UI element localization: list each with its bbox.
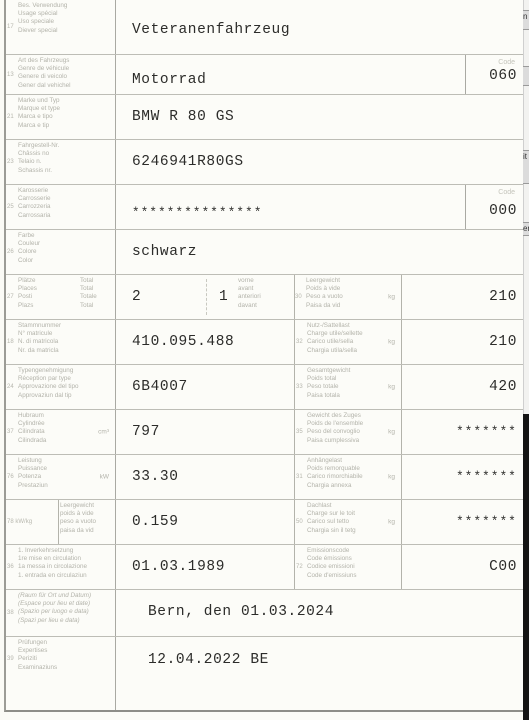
- special-usage-value: Veteranenfahrzeug: [132, 22, 290, 38]
- label-de: Plätze: [18, 277, 78, 285]
- label-fr: Poids total: [307, 375, 399, 383]
- label-registration-number: 18 Stammnummer N° matricule N. di matric…: [6, 320, 116, 364]
- label-lines: 1. Inverkehrsetzung 1re mise en circulat…: [18, 547, 113, 580]
- field-number: 26: [7, 249, 14, 255]
- label-train-weight: 35 Gewicht des Zuges Poids de l'ensemble…: [294, 410, 402, 454]
- label-de: (Raum für Ort und Datum): [18, 592, 113, 600]
- row-power-ratio-roof-load: 78 kW/kg Leergewicht poids à vide peso a…: [6, 500, 523, 545]
- label-it: Carico utile/sella: [307, 338, 399, 346]
- row-place-date: 38 (Raum für Ort und Datum) (Espace pour…: [6, 590, 523, 637]
- field-number: 72: [296, 564, 303, 570]
- vehicle-registration-document: 17 Bes. Verwendung Usage spécial Uso spe…: [4, 0, 523, 712]
- make-model-value: BMW R 80 GS: [132, 109, 234, 125]
- field-number: 76: [7, 474, 14, 480]
- label-lines: Plätze Places Posti Plazs: [18, 277, 78, 310]
- label-it: Totale: [80, 293, 97, 301]
- field-number: 36: [7, 564, 14, 570]
- field-number: 24: [7, 384, 14, 390]
- background-fragment: it: [523, 150, 529, 184]
- label-rm: 1. entrada en circulaziun: [18, 572, 113, 580]
- row-chassis-number: 23 Fahrgestell-Nr. Châssis no Telaio n. …: [6, 140, 523, 185]
- label-rm: davant: [238, 302, 261, 310]
- color-value: schwarz: [132, 244, 197, 260]
- label-de: Leergewicht: [60, 502, 113, 510]
- label-total-weight: 33 Gesamtgewicht Poids total Peso totale…: [294, 365, 402, 409]
- body-value: ***************: [132, 206, 263, 220]
- front-labels: vorne avant anteriori davant: [238, 277, 261, 310]
- row-body: 25 Karosserie Carrosserie Carrozzeria Ca…: [6, 185, 523, 230]
- label-fr: Charge utile/sellette: [307, 330, 399, 338]
- field-number: 78 kW/kg: [7, 519, 32, 525]
- total-weight-value: 420: [489, 379, 517, 395]
- label-rm: Total: [80, 302, 97, 310]
- fragment-text: it: [523, 152, 527, 161]
- code-label: Code: [498, 59, 515, 66]
- label-rm: Paisa totala: [307, 392, 399, 400]
- row-color: 26 Farbe Couleur Colore Color schwarz: [6, 230, 523, 275]
- label-rm: Paisa cumplessiva: [307, 437, 399, 445]
- label-lines: Farbe Couleur Colore Color: [18, 232, 113, 265]
- trailer-load-value: *******: [456, 470, 517, 484]
- label-lines: Art des Fahrzeugs Genre de véhicule Gene…: [18, 57, 113, 90]
- label-rm: paisa da vid: [60, 527, 113, 535]
- divider: [58, 500, 59, 544]
- label-lines: Gewicht des Zuges Poids de l'ensemble Pe…: [307, 412, 399, 445]
- label-lines: Stammnummer N° matricule N. di matricola…: [18, 322, 113, 355]
- label-it: Periziti: [18, 655, 113, 663]
- label-de: Prüfungen: [18, 639, 113, 647]
- label-de: Anhängelast: [307, 457, 399, 465]
- unit-label: kg: [388, 339, 395, 346]
- label-it: Marca e tipo: [18, 113, 113, 121]
- label-lines: Dachlast Charge sur le toit Carico sul t…: [307, 502, 399, 535]
- chassis-number-value: 6246941R80GS: [132, 154, 244, 170]
- label-fr: Réception par type: [18, 375, 113, 383]
- background-dark-region: [523, 414, 529, 720]
- label-de: Karosserie: [18, 187, 113, 195]
- inspections-value: 12.04.2022 BE: [148, 652, 269, 668]
- label-rm: Carrossaria: [18, 212, 113, 220]
- label-rm: Chargia utila/sella: [307, 347, 399, 355]
- label-de: Emissionscode: [307, 547, 399, 555]
- label-it: peso a vuoto: [60, 518, 113, 526]
- vehicle-type-code: 060: [489, 68, 517, 84]
- label-lines: Emissionscode Code émissions Codice emis…: [307, 547, 399, 580]
- label-it: anteriori: [238, 293, 261, 301]
- label-vehicle-type: 13 Art des Fahrzeugs Genre de véhicule G…: [6, 55, 116, 94]
- label-de: Leergewicht: [306, 277, 399, 285]
- body-code-box: Code 000: [465, 185, 523, 229]
- label-lines: Nutz-/Sattellast Charge utile/sellette C…: [307, 322, 399, 355]
- label-de: Gesamtgewicht: [307, 367, 399, 375]
- vehicle-type-code-box: Code 060: [465, 55, 523, 94]
- label-roof-load: 50 Dachlast Charge sur le toit Carico su…: [294, 500, 402, 544]
- label-de: Total: [80, 277, 97, 285]
- code-label: Code: [498, 189, 515, 196]
- field-number: 30: [295, 294, 302, 300]
- label-rm: Examinaziuns: [18, 664, 113, 672]
- label-fr: Places: [18, 285, 78, 293]
- label-de: Farbe: [18, 232, 113, 240]
- empty-weight-value: 210: [489, 289, 517, 305]
- field-number: 21: [7, 114, 14, 120]
- label-lines: Marke und Typ Marque et type Marca e tip…: [18, 97, 113, 130]
- label-inspections: 39 Prüfungen Expertises Periziti Examina…: [6, 637, 116, 710]
- label-rm: Chargia sin il tetg: [307, 527, 399, 535]
- label-rm: Marca e tip: [18, 122, 113, 130]
- label-it: 1a messa in circolazione: [18, 563, 113, 571]
- label-lines: Typengenehmigung Réception par type Appr…: [18, 367, 113, 400]
- background-fragment: [523, 66, 529, 86]
- label-fr: Charge sur le toit: [307, 510, 399, 518]
- label-lines: Leergewicht Poids à vide Peso a vuoto Pa…: [306, 277, 399, 310]
- fragment-text: n: [523, 12, 527, 21]
- roof-load-value: *******: [456, 515, 517, 529]
- label-fr: Châssis no: [18, 150, 113, 158]
- label-de: Stammnummer: [18, 322, 113, 330]
- label-rm: Paisa da vid: [306, 302, 399, 310]
- unit-prefix: kW/kg: [15, 519, 32, 525]
- label-lines: (Raum für Ort und Datum) (Espace pour li…: [18, 592, 113, 625]
- label-it: Carico rimorchiabile: [307, 473, 399, 481]
- label-rm: Gener dal vehichel: [18, 82, 113, 90]
- row-registration-payload: 18 Stammnummer N° matricule N. di matric…: [6, 320, 523, 365]
- row-type-approval-total-weight: 24 Typengenehmigung Réception par type A…: [6, 365, 523, 410]
- label-de: Marke und Typ: [18, 97, 113, 105]
- label-lines: Karosserie Carrosserie Carrozzeria Carro…: [18, 187, 113, 220]
- label-rm: Plazs: [18, 302, 78, 310]
- field-number: 33: [296, 384, 303, 390]
- label-it: Carico sul tetto: [307, 518, 399, 526]
- row-vehicle-type: 13 Art des Fahrzeugs Genre de véhicule G…: [6, 55, 523, 95]
- label-fr: Code émissions: [307, 555, 399, 563]
- background-fragment: n: [523, 10, 529, 30]
- label-chassis-number: 23 Fahrgestell-Nr. Châssis no Telaio n. …: [6, 140, 116, 184]
- label-de: Typengenehmigung: [18, 367, 113, 375]
- displacement-value: 797: [132, 424, 160, 440]
- label-trailer-load: 31 Anhängelast Poids remorquable Carico …: [294, 455, 402, 499]
- label-empty-weight: 30 Leergewicht Poids à vide Peso a vuoto…: [294, 275, 402, 319]
- seats-total-value: 2: [132, 289, 141, 305]
- label-fr: Puissance: [18, 465, 113, 473]
- label-de: vorne: [238, 277, 261, 285]
- place-date-value: Bern, den 01.03.2024: [148, 604, 334, 620]
- label-fr: N° matricule: [18, 330, 113, 338]
- row-first-registration-emission: 36 1. Inverkehrsetzung 1re mise en circu…: [6, 545, 523, 590]
- row-inspections: 39 Prüfungen Expertises Periziti Examina…: [6, 637, 523, 710]
- field-number: 35: [296, 429, 303, 435]
- seats-front-value: 1: [219, 289, 228, 305]
- label-it: Peso del convoglio: [307, 428, 399, 436]
- label-it: Colore: [18, 248, 113, 256]
- label-lines: Prüfungen Expertises Periziti Examinaziu…: [18, 639, 113, 672]
- unit-label: kg: [388, 429, 395, 436]
- field-number: 32: [296, 339, 303, 345]
- field-number: 50: [296, 519, 303, 525]
- label-fr: Carrosserie: [18, 195, 113, 203]
- label-fr: poids à vide: [60, 510, 113, 518]
- power-ratio-value: 0.159: [132, 514, 179, 530]
- label-de: Bes. Verwendung: [18, 2, 113, 10]
- label-rm: Diever special: [18, 27, 113, 35]
- emission-code-value: C00: [489, 559, 517, 575]
- fragment-text: er: [523, 224, 529, 233]
- first-registration-value: 01.03.1989: [132, 559, 225, 575]
- row-special-usage: 17 Bes. Verwendung Usage spécial Uso spe…: [6, 0, 523, 55]
- label-power: 76 Leistung Puissance Potenza Prestaziun…: [6, 455, 116, 499]
- label-seats: 27 Plätze Places Posti Plazs Total Total…: [6, 275, 116, 319]
- label-special-usage: 17 Bes. Verwendung Usage spécial Uso spe…: [6, 0, 116, 54]
- label-it: (Spazio per luogo e data): [18, 608, 113, 616]
- label-fr: Cylindrée: [18, 420, 113, 428]
- label-fr: Marque et type: [18, 105, 113, 113]
- unit-label: kg: [388, 474, 395, 481]
- registration-number-value: 410.095.488: [132, 334, 234, 350]
- label-lines: Leergewicht poids à vide peso a vuoto pa…: [60, 502, 113, 535]
- label-place-date: 38 (Raum für Ort und Datum) (Espace pour…: [6, 590, 116, 636]
- unit-label: cm³: [98, 429, 109, 436]
- total-labels: Total Total Totale Total: [80, 277, 97, 310]
- label-it: Posti: [18, 293, 78, 301]
- label-rm: Prestaziun: [18, 482, 113, 490]
- divider: [206, 279, 207, 315]
- label-rm: Schassis nr.: [18, 167, 113, 175]
- field-number: 18: [7, 339, 14, 345]
- label-it: Genere di veicolo: [18, 73, 113, 81]
- label-fr: 1re mise en circulation: [18, 555, 113, 563]
- label-lines: Bes. Verwendung Usage spécial Uso specia…: [18, 2, 113, 35]
- label-displacement: 37 Hubraum Cylindrée Cilindrata Cilindra…: [6, 410, 116, 454]
- label-it: Peso a vuoto: [306, 293, 399, 301]
- label-de: Gewicht des Zuges: [307, 412, 399, 420]
- label-it: Carrozzeria: [18, 203, 113, 211]
- power-value: 33.30: [132, 469, 179, 485]
- vehicle-type-value: Motorrad: [132, 72, 206, 88]
- label-type-approval: 24 Typengenehmigung Réception par type A…: [6, 365, 116, 409]
- row-displacement-train-weight: 37 Hubraum Cylindrée Cilindrata Cilindra…: [6, 410, 523, 455]
- label-de: Leistung: [18, 457, 113, 465]
- label-de: Fahrgestell-Nr.: [18, 142, 113, 150]
- label-it: Peso totale: [307, 383, 399, 391]
- label-rm: Cilindrada: [18, 437, 113, 445]
- label-de: Nutz-/Sattellast: [307, 322, 399, 330]
- label-fr: (Espace pour lieu et date): [18, 600, 113, 608]
- label-first-registration: 36 1. Inverkehrsetzung 1re mise en circu…: [6, 545, 116, 589]
- label-fr: Expertises: [18, 647, 113, 655]
- label-lines: Fahrgestell-Nr. Châssis no Telaio n. Sch…: [18, 142, 113, 175]
- label-de: Hubraum: [18, 412, 113, 420]
- label-lines: Gesamtgewicht Poids total Peso totale Pa…: [307, 367, 399, 400]
- label-fr: Couleur: [18, 240, 113, 248]
- label-rm: Approvaziun dal tip: [18, 392, 113, 400]
- label-rm: Chargia annexa: [307, 482, 399, 490]
- label-rm: Color: [18, 257, 113, 265]
- label-de: Art des Fahrzeugs: [18, 57, 113, 65]
- payload-value: 210: [489, 334, 517, 350]
- label-fr: Poids remorquable: [307, 465, 399, 473]
- field-number-text: 78: [7, 519, 14, 525]
- label-fr: avant: [238, 285, 261, 293]
- field-number: 31: [296, 474, 303, 480]
- background-fragment: er: [523, 222, 529, 236]
- label-color: 26 Farbe Couleur Colore Color: [6, 230, 116, 274]
- label-fr: Usage spécial: [18, 10, 113, 18]
- label-power-ratio: 78 kW/kg Leergewicht poids à vide peso a…: [6, 500, 116, 544]
- label-de: Dachlast: [307, 502, 399, 510]
- field-number: 27: [7, 294, 14, 300]
- label-payload: 32 Nutz-/Sattellast Charge utile/sellett…: [294, 320, 402, 364]
- label-fr: Genre de véhicule: [18, 65, 113, 73]
- field-number: 13: [7, 72, 14, 78]
- unit-label: kg: [388, 384, 395, 391]
- row-power-trailer-load: 76 Leistung Puissance Potenza Prestaziun…: [6, 455, 523, 500]
- label-rm: Code d'emissiuns: [307, 572, 399, 580]
- label-fr: Total: [80, 285, 97, 293]
- label-de: 1. Inverkehrsetzung: [18, 547, 113, 555]
- unit-label: kg: [388, 519, 395, 526]
- label-body: 25 Karosserie Carrosserie Carrozzeria Ca…: [6, 185, 116, 229]
- unit-label: kg: [388, 294, 395, 301]
- field-number: 17: [7, 24, 14, 30]
- field-number: 38: [7, 610, 14, 616]
- field-number: 25: [7, 204, 14, 210]
- body-code: 000: [489, 203, 517, 219]
- label-it: N. di matricola: [18, 338, 113, 346]
- label-fr: Poids de l'ensemble: [307, 420, 399, 428]
- label-rm: (Spazi per lieu e data): [18, 617, 113, 625]
- label-it: Codice emissioni: [307, 563, 399, 571]
- label-rm: Nr. da matricla: [18, 347, 113, 355]
- field-number: 39: [7, 656, 14, 662]
- row-make-model: 21 Marke und Typ Marque et type Marca e …: [6, 95, 523, 140]
- type-approval-value: 6B4007: [132, 379, 188, 395]
- label-it: Approvazione del tipo: [18, 383, 113, 391]
- label-it: Telaio n.: [18, 158, 113, 166]
- label-make-model: 21 Marke und Typ Marque et type Marca e …: [6, 95, 116, 139]
- unit-label: kW: [100, 474, 109, 481]
- field-number: 37: [7, 429, 14, 435]
- train-weight-value: *******: [456, 425, 517, 439]
- row-seats-empty-weight: 27 Plätze Places Posti Plazs Total Total…: [6, 275, 523, 320]
- label-lines: Anhängelast Poids remorquable Carico rim…: [307, 457, 399, 490]
- field-number: 23: [7, 159, 14, 165]
- label-emission-code: 72 Emissionscode Code émissions Codice e…: [294, 545, 402, 589]
- label-fr: Poids à vide: [306, 285, 399, 293]
- label-it: Uso speciale: [18, 18, 113, 26]
